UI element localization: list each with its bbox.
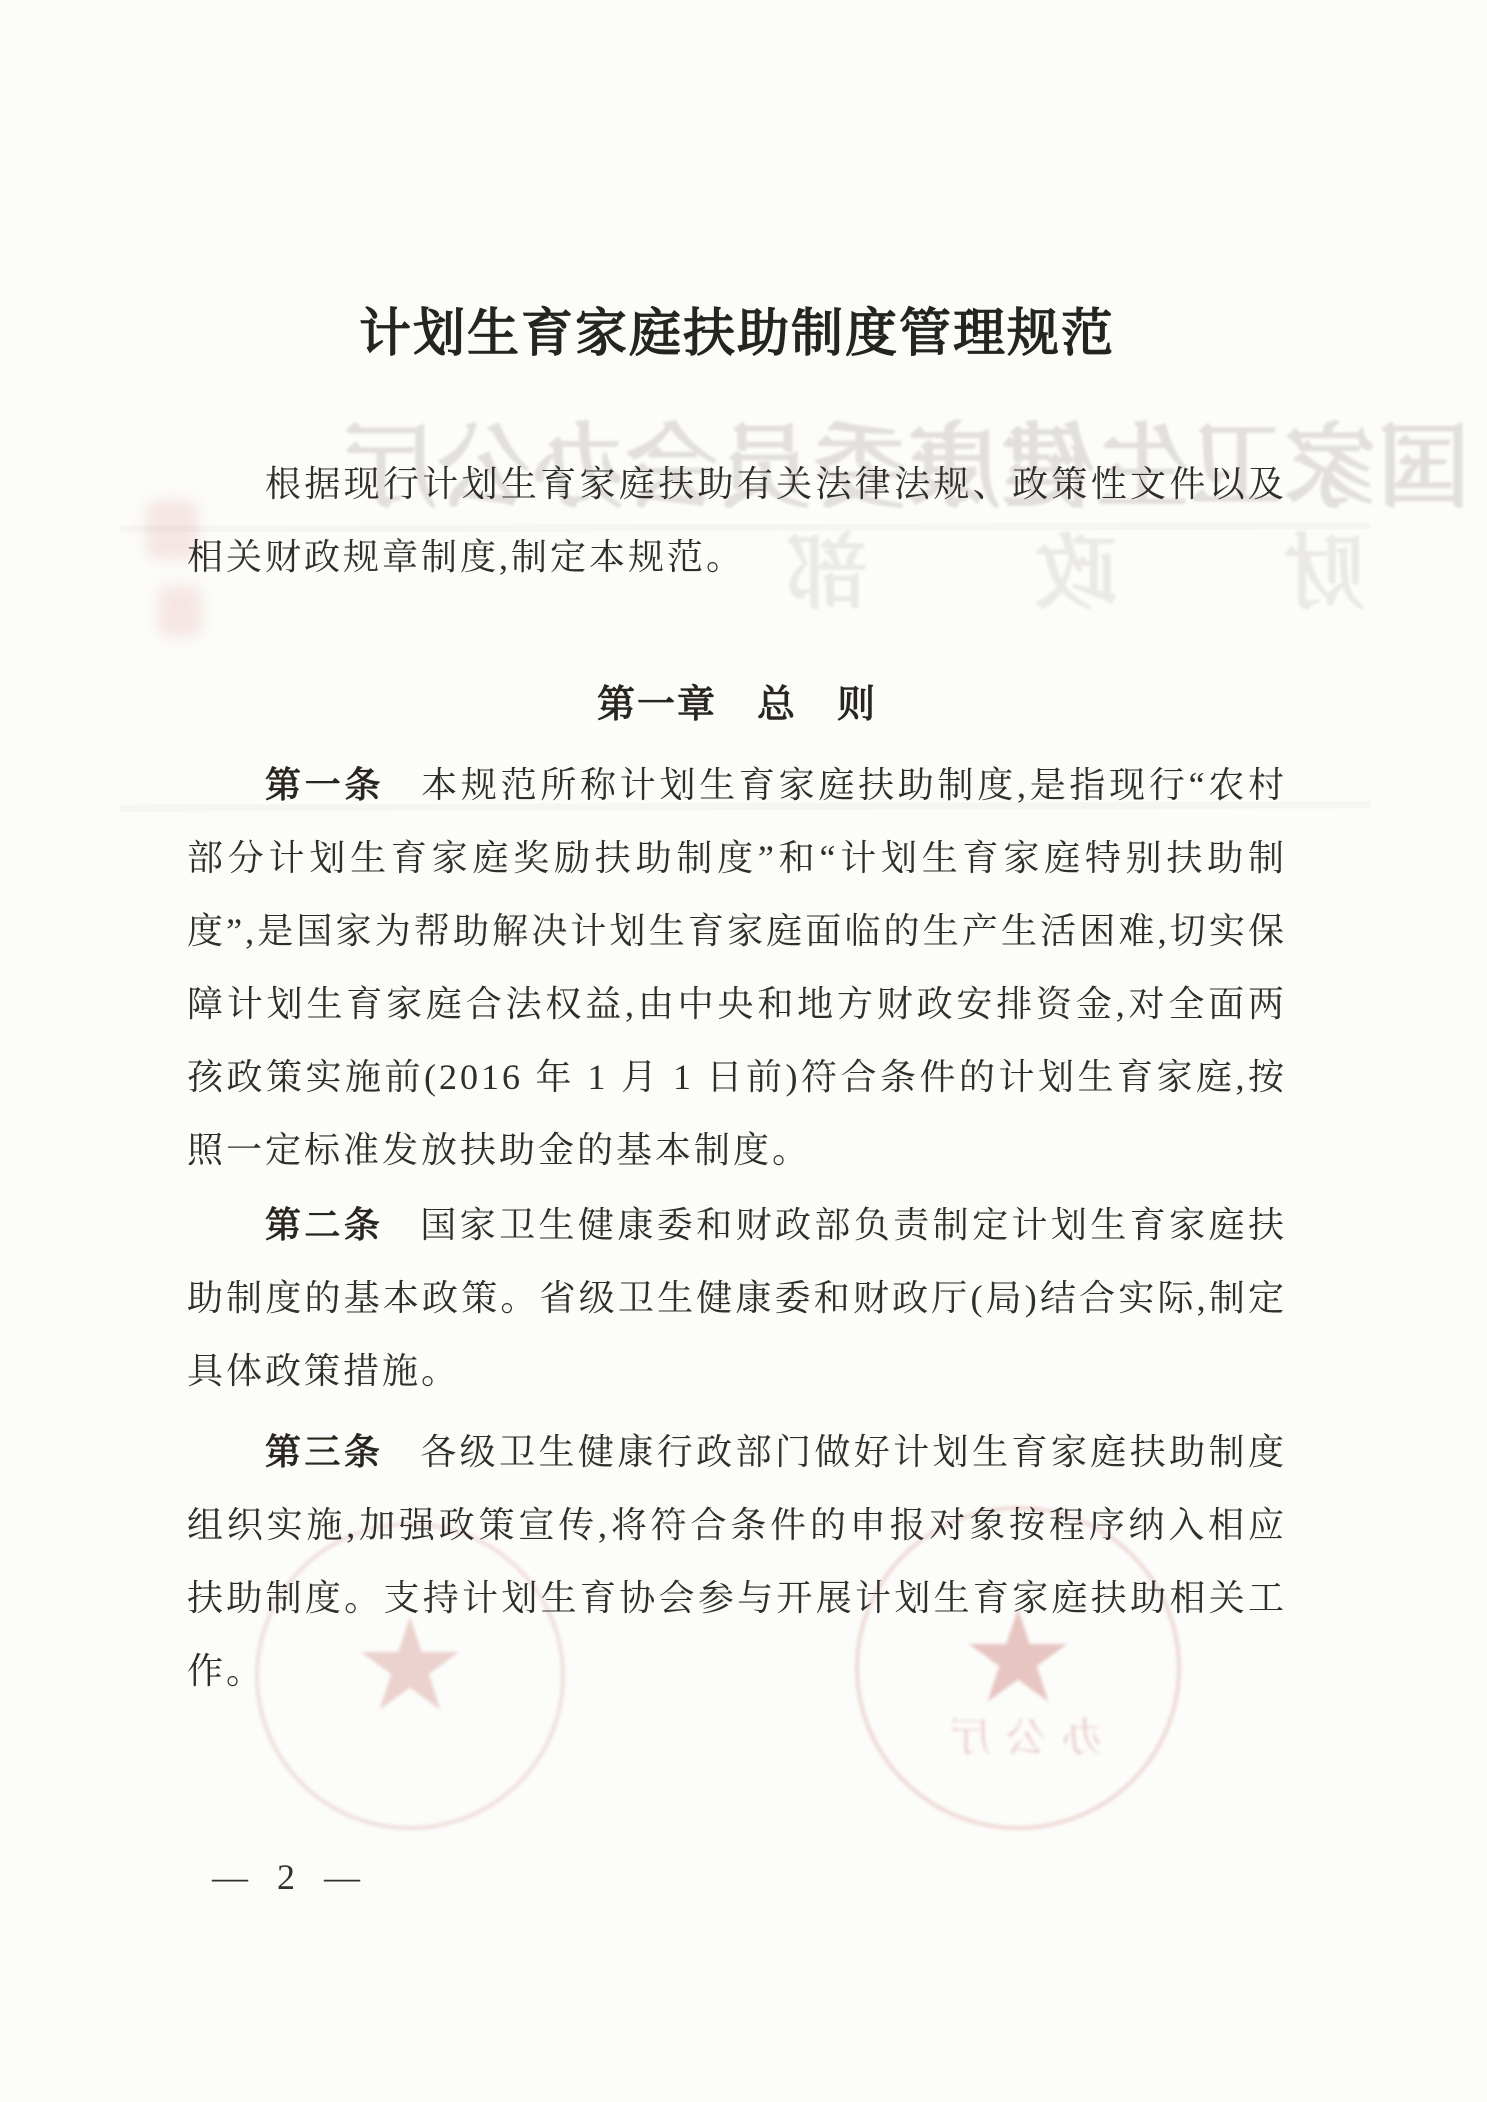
stamp-caption-text: 办公厅 <box>934 1706 1102 1763</box>
intro-paragraph: 根据现行计划生育家庭扶助有关法律法规、政策性文件以及相关财政规章制度,制定本规范… <box>187 448 1287 594</box>
chapter-heading: 第一章 总 则 <box>187 682 1287 728</box>
article-1-label: 第一条 <box>265 764 384 805</box>
article-paragraph-1: 第一条本规范所称计划生育家庭扶助制度,是指现行“农村部分计划生育家庭奖励扶助制度… <box>187 748 1287 1187</box>
document-title: 计划生育家庭扶助制度管理规范 <box>187 0 1287 363</box>
page-number: — 2 — <box>212 1856 362 1898</box>
article-paragraph-3: 第三条各级卫生健康行政部门做好计划生育家庭扶助制度组织实施,加强政策宣传,将符合… <box>187 1415 1287 1708</box>
article-2-label: 第二条 <box>265 1204 383 1245</box>
document-body: 计划生育家庭扶助制度管理规范 根据现行计划生育家庭扶助有关法律法规、政策性文件以… <box>187 0 1287 1708</box>
article-3-label: 第三条 <box>265 1431 383 1472</box>
scanned-document-page: 国家卫生健康委员会办公厅 财 政 部 ★ ★ 办公厅 计划生育家庭扶助制度管理规… <box>0 0 1487 2102</box>
article-paragraph-2: 第二条国家卫生健康委和财政部负责制定计划生育家庭扶助制度的基本政策。省级卫生健康… <box>187 1188 1287 1408</box>
article-1-text: 本规范所称计划生育家庭扶助制度,是指现行“农村部分计划生育家庭奖励扶助制度”和“… <box>187 765 1287 1170</box>
